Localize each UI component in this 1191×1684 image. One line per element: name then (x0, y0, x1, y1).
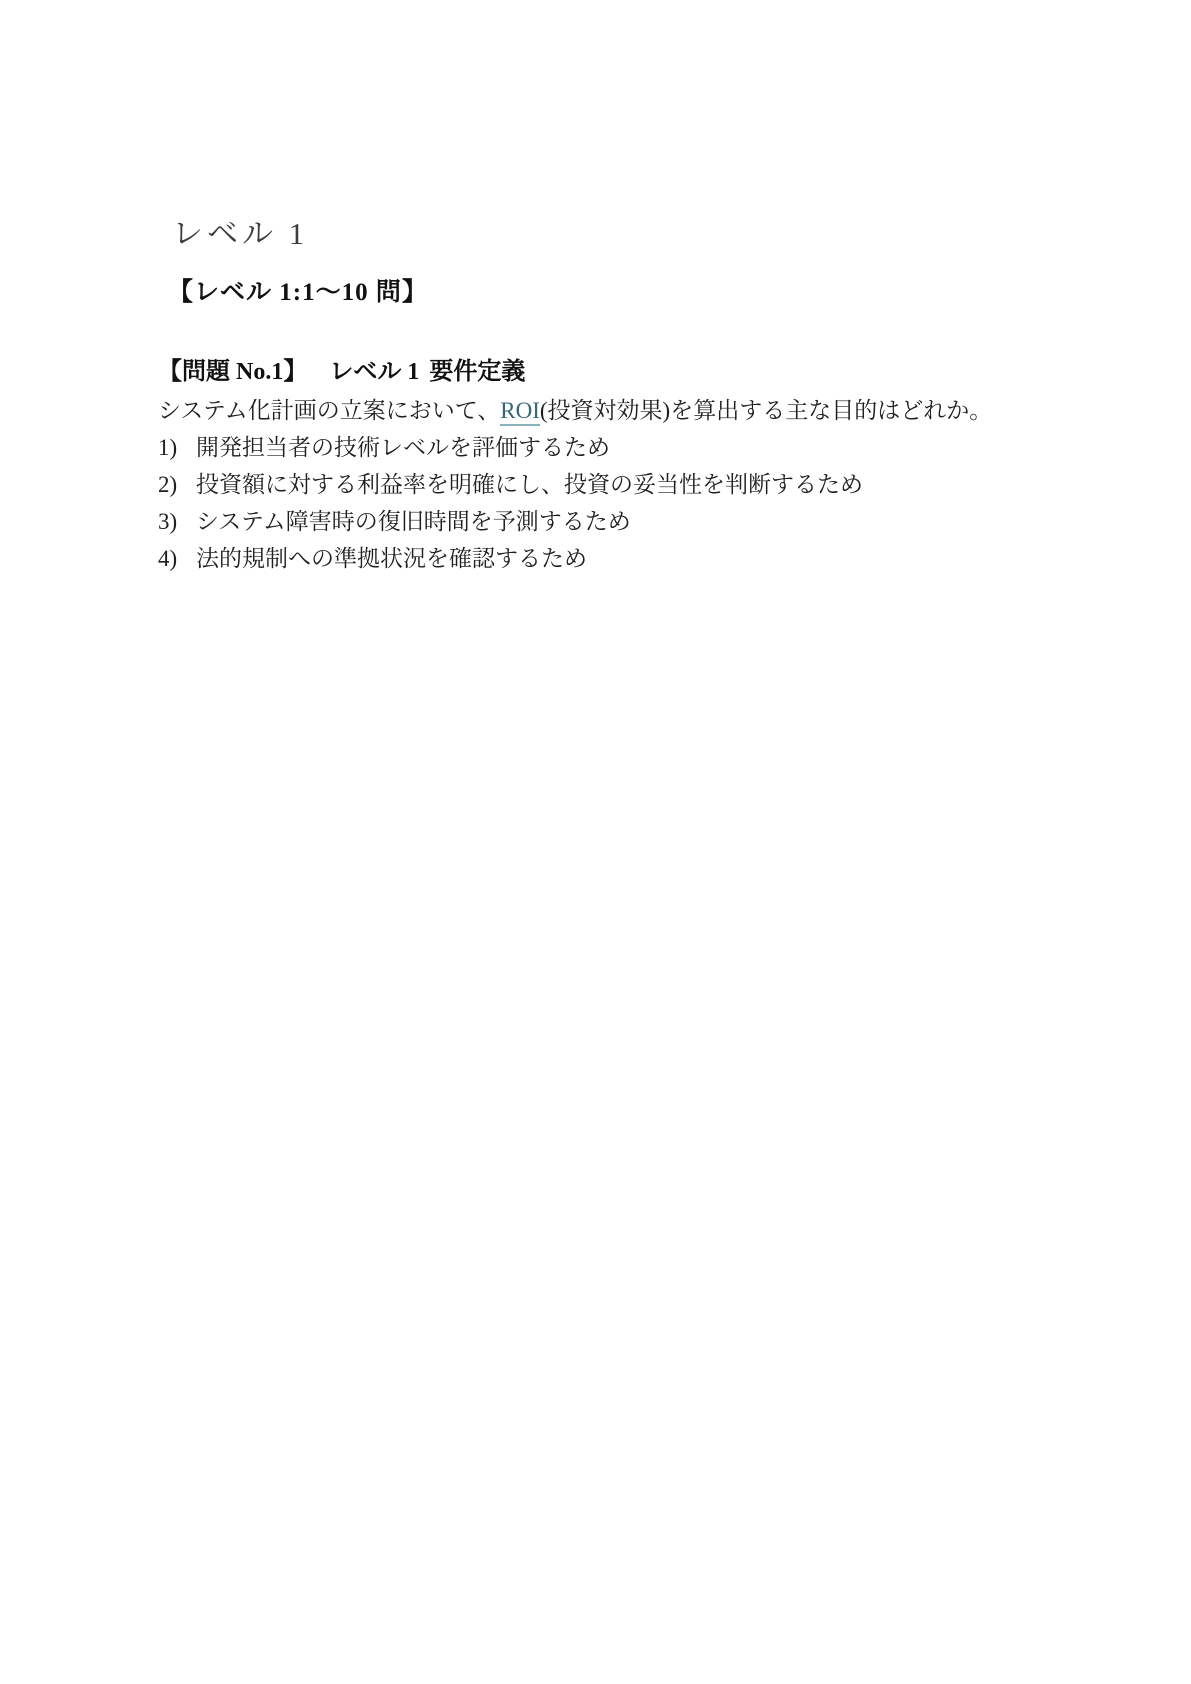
stem-text-before-link: システム化計画の立案において、 (158, 398, 500, 423)
option-text: 開発担当者の技術レベルを評価するため (196, 435, 610, 460)
document-page: レベル 1 【レベル 1:1〜10 問】 【問題 No.1】レベル 1要件定義 … (0, 0, 1191, 1684)
option-row-4: 4)法的規制への準拠状況を確認するため (158, 540, 1091, 577)
option-number: 1) (158, 429, 186, 466)
option-row-3: 3)システム障害時の復旧時間を予測するため (158, 503, 1091, 540)
option-number: 4) (158, 540, 186, 577)
question-number-label: 【問題 No.1】 (158, 359, 307, 385)
section-header: 【レベル 1:1〜10 問】 (168, 278, 1091, 308)
options-list: 1)開発担当者の技術レベルを評価するため 2)投資額に対する利益率を明確にし、投… (158, 429, 1091, 577)
page-content: レベル 1 【レベル 1:1〜10 問】 【問題 No.1】レベル 1要件定義 … (158, 0, 1091, 577)
option-row-1: 1)開発担当者の技術レベルを評価するため (158, 429, 1091, 466)
option-text: 投資額に対する利益率を明確にし、投資の妥当性を判断するため (196, 472, 863, 497)
stem-text-after-link: (投資対効果)を算出する主な目的はどれか。 (540, 398, 992, 423)
question-header: 【問題 No.1】レベル 1要件定義 (158, 356, 1091, 388)
option-row-2: 2)投資額に対する利益率を明確にし、投資の妥当性を判断するため (158, 466, 1091, 503)
option-number: 3) (158, 503, 186, 540)
option-text: システム障害時の復旧時間を予測するため (196, 509, 631, 534)
question-level-label: レベル 1 (329, 359, 419, 385)
question-stem: システム化計画の立案において、ROI(投資対効果)を算出する主な目的はどれか。 (158, 392, 1091, 429)
option-number: 2) (158, 466, 186, 503)
question-topic-label: 要件定義 (429, 359, 525, 385)
option-text: 法的規制への準拠状況を確認するため (196, 546, 587, 571)
roi-link[interactable]: ROI (500, 398, 540, 426)
page-title: レベル 1 (172, 216, 1091, 252)
